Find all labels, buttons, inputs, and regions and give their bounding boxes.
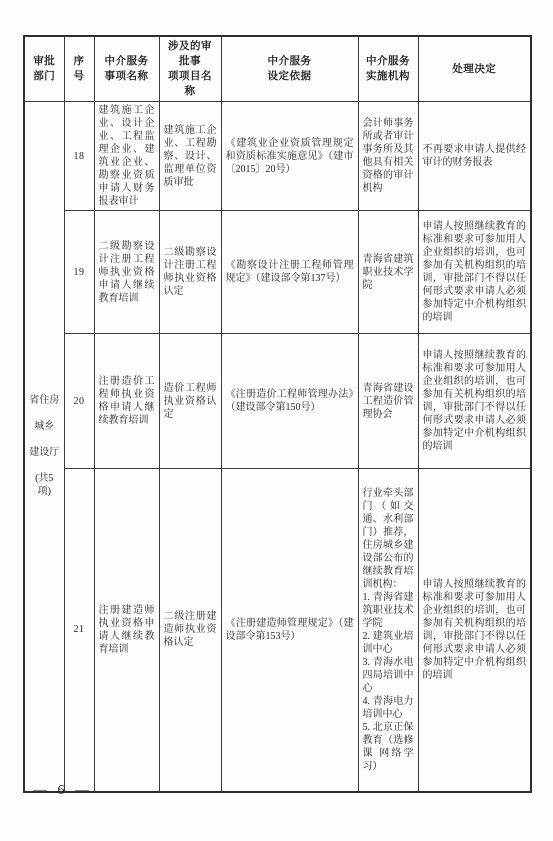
cell-setting-basis: 《勘察设计注册工程师管理规定》（建设部令第137号） [221,211,358,334]
cell-serial-number: 18 [64,102,94,211]
col-header-implementing-agency: 中介服务 实施机构 [358,36,418,102]
col-header-setting-basis: 中介服务 设定依据 [221,36,358,102]
col-header-service-item-name: 中介服务 事项名称 [94,36,159,102]
cell-implementing-agency: 青海省建筑职业技术学院 [358,211,418,334]
table-row-20: 20 注册造价工程师执业资格申请人继续教育培训 造价工程师执业资格认定 《注册造… [24,334,531,469]
table-row-19: 19 二级勘察设计注册工程师执业资格申请人继续教育培训 二级勘察设计注册工程师执… [24,211,531,334]
cell-service-item-name: 建筑施工企业、设计企业、工程监理企业、建筑业企业、勘察业资质申请人财务报表审计 [94,102,159,211]
col-header-serial-number: 序号 [64,36,94,102]
table-header-row: 审批 部门 序号 中介服务 事项名称 涉及的审批事 项项目名称 中介服务 设定依… [24,36,531,102]
table-row-18: 省住房 城乡 建设厅 (共5项) 18 建筑施工企业、设计企业、工程监理企业、建… [24,102,531,211]
page-number: — 6 — [33,782,89,800]
cell-setting-basis: 《注册建造师管理规定》（建设部令第153号） [221,469,358,792]
col-header-decision: 处理决定 [418,36,531,102]
department-cell: 省住房 城乡 建设厅 (共5项) [24,102,64,792]
cell-decision: 申请人按照继续教育的标准和要求可参加用人企业组织的培训，也可参加有关机构组织的培… [418,334,531,469]
cell-serial-number: 21 [64,469,94,792]
document-page: 审批 部门 序号 中介服务 事项名称 涉及的审批事 项项目名称 中介服务 设定依… [0,0,553,841]
cell-related-approval-item: 建筑施工企业、工程勘察、设计、监理单位资质审批 [159,102,221,211]
cell-service-item-name: 注册建造师执业资格申请人继续教育培训 [94,469,159,792]
cell-setting-basis: 《建筑业企业资质管理规定和资质标准实施意见》（建市〔2015〕20号） [221,102,358,211]
cell-serial-number: 19 [64,211,94,334]
cell-implementing-agency: 行业牵头部门（如交通、水利部门）推荐，住房城乡建设部公布的继续教育培训机构： 1… [358,469,418,792]
cell-setting-basis: 《注册造价工程师管理办法》（建设部令第150号） [221,334,358,469]
department-name-line: 省住房 [29,394,60,407]
cell-serial-number: 20 [64,334,94,469]
cell-service-item-name: 二级勘察设计注册工程师执业资格申请人继续教育培训 [94,211,159,334]
intermediary-services-table: 审批 部门 序号 中介服务 事项名称 涉及的审批事 项项目名称 中介服务 设定依… [23,35,532,793]
cell-related-approval-item: 造价工程师执业资格认定 [159,334,221,469]
col-header-related-approval-item: 涉及的审批事 项项目名称 [159,36,221,102]
department-name-line: 城乡 [29,420,60,433]
cell-decision: 申请人按照继续教育的标准和要求可参加用人企业组织的培训，也可参加有关机构组织的培… [418,469,531,792]
cell-decision: 申请人按照继续教育的标准和要求可参加用人企业组织的培训，也可参加有关机构组织的培… [418,211,531,334]
cell-decision: 不再要求申请人提供经审计的财务报表 [418,102,531,211]
col-header-approval-department: 审批 部门 [24,36,64,102]
cell-related-approval-item: 二级勘察设计注册工程师执业资格认定 [159,211,221,334]
cell-implementing-agency: 会计师事务所或者审计事务所及其他具有相关资格的审计机构 [358,102,418,211]
department-name-line: 建设厅 [29,446,60,459]
cell-related-approval-item: 二级注册建造师执业资格认定 [159,469,221,792]
cell-implementing-agency: 青海省建设工程造价管理协会 [358,334,418,469]
table-row-21: 21 注册建造师执业资格申请人继续教育培训 二级注册建造师执业资格认定 《注册建… [24,469,531,792]
cell-service-item-name: 注册造价工程师执业资格申请人继续教育培训 [94,334,159,469]
department-count-note: (共5项) [29,472,60,498]
